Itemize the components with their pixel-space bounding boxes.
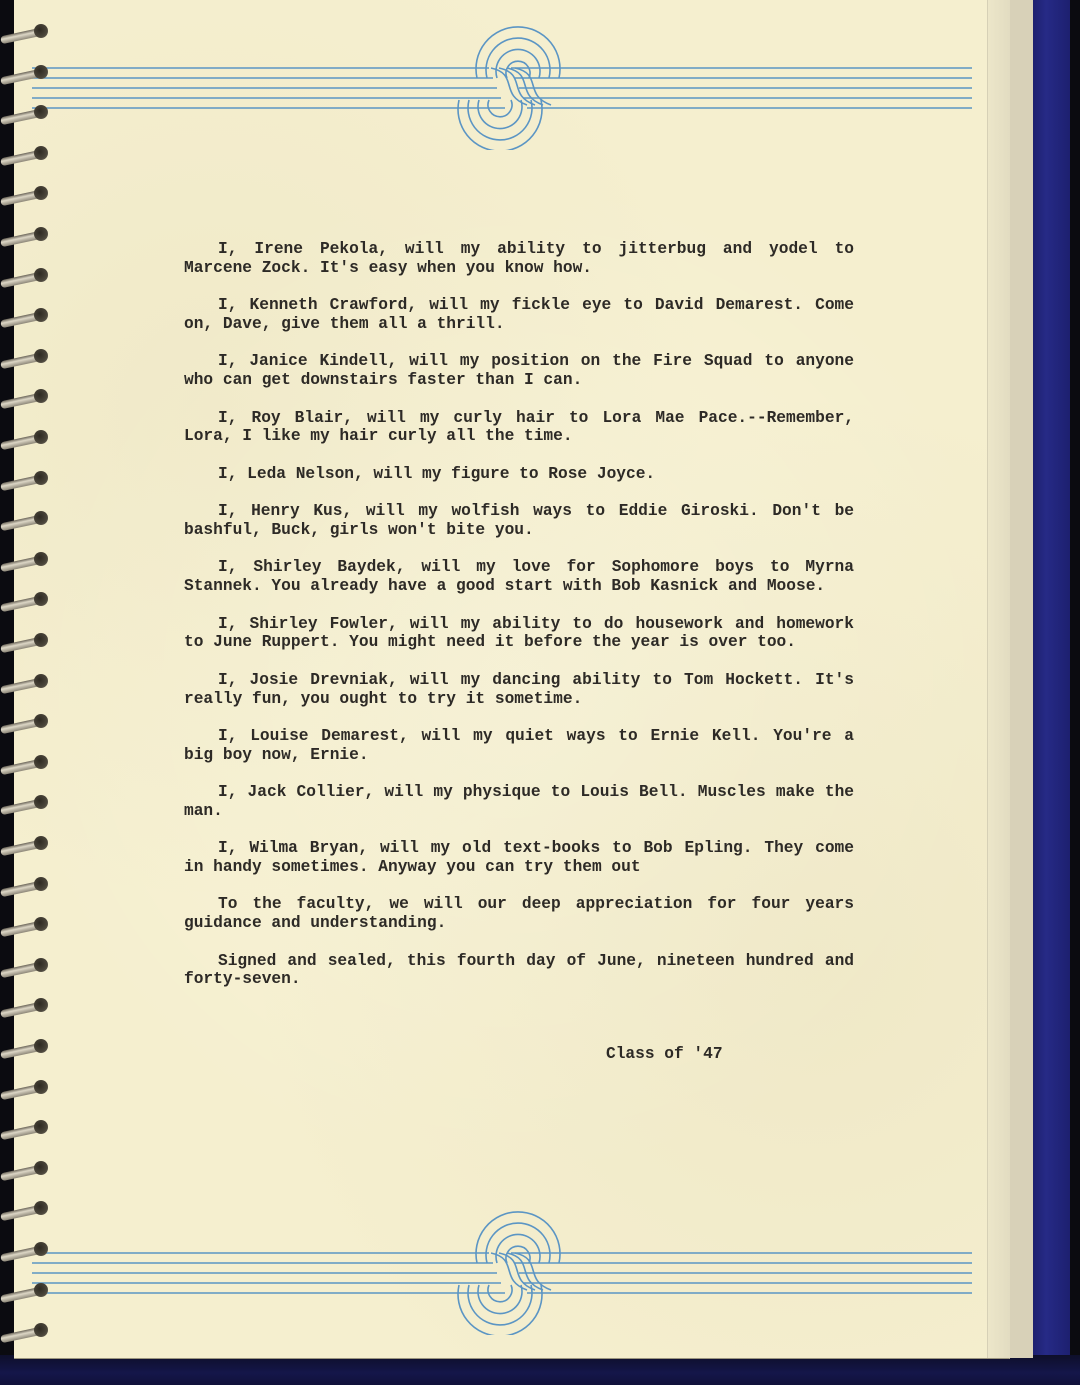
paragraph: I, Janice Kindell, will my position on t… [184,352,854,390]
top-ornament [14,20,989,150]
binding-ring [0,753,50,773]
binding-ring [0,469,50,489]
binding-ring [0,875,50,895]
binding-ring [0,184,50,204]
bottom-ornament [14,1205,989,1335]
binding-ring [0,225,50,245]
binding-ring [0,306,50,326]
paragraph: I, Leda Nelson, will my figure to Rose J… [184,465,854,484]
back-page-edge [1006,0,1033,1358]
binding-ring [0,1321,50,1341]
binding-ring [0,1159,50,1179]
paragraph: I, Jack Collier, will my physique to Lou… [184,783,854,821]
binding-ring [0,509,50,529]
paragraph: I, Kenneth Crawford, will my fickle eye … [184,296,854,334]
binding-ring [0,915,50,935]
paragraph: I, Roy Blair, will my curly hair to Lora… [184,409,854,447]
binding-ring [0,1240,50,1260]
binding-ring [0,1281,50,1301]
binding-ring [0,672,50,692]
binding-ring [0,590,50,610]
binding-ring [0,1078,50,1098]
will-text: I, Irene Pekola, will my ability to jitt… [184,240,854,1008]
paragraph: I, Josie Drevniak, will my dancing abili… [184,671,854,709]
binding-ring [0,550,50,570]
binding-ring [0,266,50,286]
binding-ring [0,1118,50,1138]
page-edge [987,0,1010,1358]
binding-ring [0,387,50,407]
binder-cover-spine [1030,0,1070,1385]
binding-ring [0,712,50,732]
binding-ring [0,144,50,164]
binding-ring [0,63,50,83]
binder-cover-bottom [0,1355,1080,1385]
binding-ring [0,1037,50,1057]
spiral-binding [0,0,60,1385]
signature-class: Class of '47 [606,1045,723,1063]
paragraph: I, Henry Kus, will my wolfish ways to Ed… [184,502,854,540]
binding-ring [0,834,50,854]
paragraph: I, Wilma Bryan, will my old text-books t… [184,839,854,877]
binding-ring [0,631,50,651]
binding-ring [0,428,50,448]
binding-ring [0,347,50,367]
paragraph: I, Louise Demarest, will my quiet ways t… [184,727,854,765]
paragraph: I, Irene Pekola, will my ability to jitt… [184,240,854,278]
s-scroll-ornament-icon [14,20,989,150]
paragraph: Signed and sealed, this fourth day of Ju… [184,952,854,990]
binding-ring [0,103,50,123]
binding-ring [0,793,50,813]
paragraph: I, Shirley Baydek, will my love for Soph… [184,558,854,596]
binding-ring [0,956,50,976]
paragraph: I, Shirley Fowler, will my ability to do… [184,615,854,653]
paragraph: To the faculty, we will our deep appreci… [184,895,854,933]
s-scroll-ornament-icon [14,1205,989,1335]
binding-ring [0,1199,50,1219]
binding-ring [0,22,50,42]
binding-ring [0,996,50,1016]
